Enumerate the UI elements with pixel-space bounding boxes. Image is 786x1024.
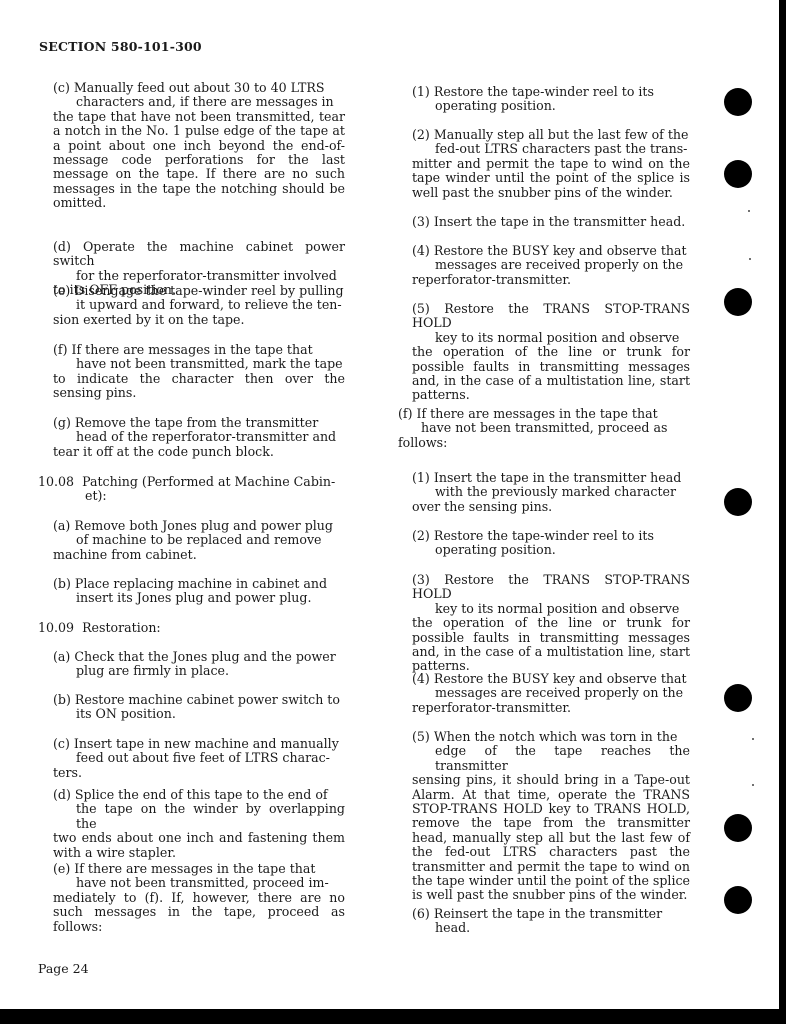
binder-hole-4: [724, 488, 752, 516]
scan-speck: [749, 258, 751, 260]
scan-right-border: [779, 0, 786, 1024]
restoration-c: (c) Insert tape in new machine and manua…: [53, 737, 345, 780]
step-e: (e) Disengage the tape-winder reel by pu…: [53, 284, 345, 327]
step-f-proceed: (f) If there are messages in the tape th…: [398, 407, 690, 450]
heading-10-08-title-cont: et):: [38, 489, 345, 503]
scan-speck: [752, 738, 754, 740]
restoration-e: (e) If there are messages in the tape th…: [53, 862, 345, 934]
binder-hole-7: [724, 886, 752, 914]
f-step-4: (4) Restore the BUSY key and observe tha…: [412, 672, 690, 715]
step-g: (g) Remove the tape from the transmitter…: [53, 416, 345, 459]
e-step-2: (2) Manually step all but the last few o…: [412, 128, 690, 200]
scan-speck: [748, 210, 750, 212]
f-step-3: (3) Restore the TRANS STOP-TRANS HOLD ke…: [412, 573, 690, 674]
e-step-3: (3) Insert the tape in the transmitter h…: [412, 215, 690, 229]
binder-hole-2: [724, 160, 752, 188]
scan-bottom-border: [0, 1009, 786, 1024]
patching-a: (a) Remove both Jones plug and power plu…: [53, 519, 345, 562]
step-c: (c) Manually feed out about 30 to 40 LTR…: [53, 81, 345, 211]
heading-10-09-title: Restoration:: [82, 620, 161, 635]
heading-10-08: 10.08 Patching (Performed at Machine Cab…: [38, 475, 345, 504]
e-step-1: (1) Restore the tape-winder reel to its …: [412, 85, 690, 114]
step-c-line2: characters and, if there are messages in: [53, 95, 345, 109]
f-step-2: (2) Restore the tape-winder reel to its …: [412, 529, 690, 558]
f-step-6: (6) Reinsert the tape in the transmitter…: [412, 907, 690, 936]
binder-hole-1: [724, 88, 752, 116]
heading-10-09-number: 10.09: [38, 620, 74, 635]
restoration-a: (a) Check that the Jones plug and the po…: [53, 650, 345, 679]
section-header: SECTION 580-101-300: [39, 39, 202, 54]
restoration-b: (b) Restore machine cabinet power switch…: [53, 693, 345, 722]
binder-hole-3: [724, 288, 752, 316]
e-step-5: (5) Restore the TRANS STOP-TRANS HOLD ke…: [412, 302, 690, 403]
step-c-line1: (c) Manually feed out about 30 to 40 LTR…: [53, 81, 345, 95]
e-step-4: (4) Restore the BUSY key and observe tha…: [412, 244, 690, 287]
step-c-rest: the tape that have not been transmitted,…: [53, 110, 345, 211]
heading-10-09: 10.09 Restoration:: [38, 621, 345, 635]
f-step-1: (1) Insert the tape in the transmitter h…: [412, 471, 690, 514]
heading-10-08-title: Patching (Performed at Machine Cabin-: [82, 474, 335, 489]
binder-hole-5: [724, 684, 752, 712]
page-number: Page 24: [38, 961, 89, 976]
binder-hole-6: [724, 814, 752, 842]
step-f: (f) If there are messages in the tape th…: [53, 343, 345, 401]
f-step-5: (5) When the notch which was torn in the…: [412, 730, 690, 903]
heading-10-08-number: 10.08: [38, 474, 74, 489]
patching-b: (b) Place replacing machine in cabinet a…: [53, 577, 345, 606]
scan-speck: [752, 784, 754, 786]
restoration-d: (d) Splice the end of this tape to the e…: [53, 788, 345, 860]
